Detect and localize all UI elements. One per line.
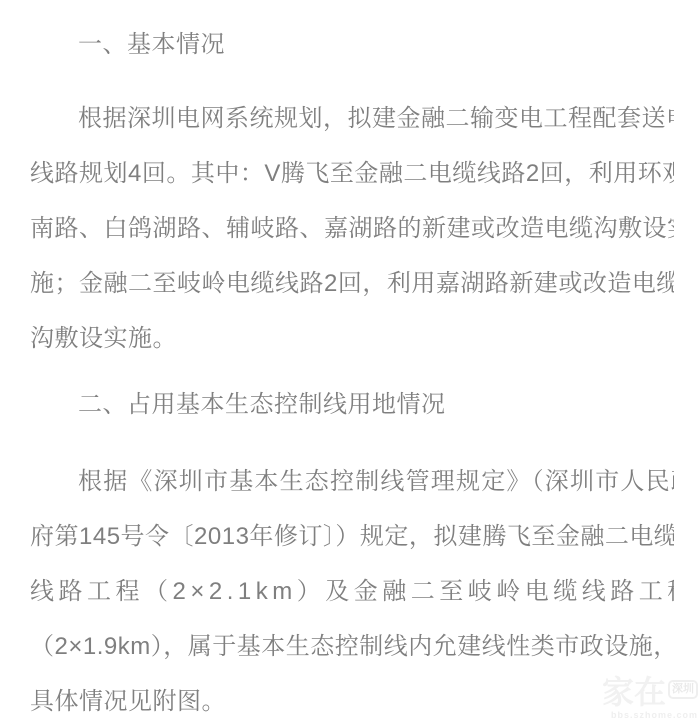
- paragraph-line: 根据深圳电网系统规划，拟建金融二输变电工程配套送电: [30, 91, 674, 146]
- paragraph-line: 府第145号令〔2013年修订〕）规定，拟建腾飞至金融二电缆: [30, 509, 674, 564]
- paragraph-1: 根据深圳电网系统规划，拟建金融二输变电工程配套送电 线路规划4回。其中：V腾飞至…: [30, 91, 674, 366]
- paragraph-line: 线路规划4回。其中：V腾飞至金融二电缆线路2回，利用环观: [30, 146, 674, 201]
- paragraph-line: 沟敷设实施。: [30, 311, 674, 366]
- section-heading-1: 一、基本情况: [30, 17, 674, 72]
- article-body: 一、基本情况 根据深圳电网系统规划，拟建金融二输变电工程配套送电 线路规划4回。…: [0, 0, 700, 722]
- paragraph-2: 根据《深圳市基本生态控制线管理规定》（深圳市人民政 府第145号令〔2013年修…: [30, 454, 674, 722]
- paragraph-line: 线路工程（2×2.1km）及金融二至岐岭电缆线路工程: [30, 564, 674, 619]
- paragraph-line: 施；金融二至岐岭电缆线路2回，利用嘉湖路新建或改造电缆: [30, 256, 674, 311]
- paragraph-line: （2×1.9km），属于基本生态控制线内允建线性类市政设施，: [30, 619, 674, 674]
- paragraph-line: 具体情况见附图。: [30, 674, 674, 722]
- section-heading-2: 二、占用基本生态控制线用地情况: [30, 377, 674, 432]
- paragraph-line: 南路、白鸽湖路、辅岐路、嘉湖路的新建或改造电缆沟敷设实: [30, 201, 674, 256]
- paragraph-line: 根据《深圳市基本生态控制线管理规定》（深圳市人民政: [30, 454, 674, 509]
